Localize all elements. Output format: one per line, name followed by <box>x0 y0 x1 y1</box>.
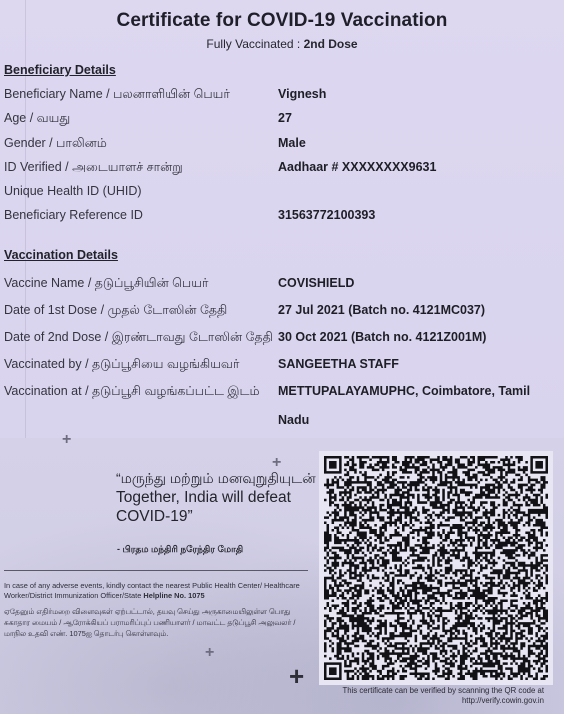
status-label: Fully Vaccinated : <box>206 37 303 51</box>
vaccination-row: Vaccinated by / தடுப்பூசியை வழங்கியவர்SA… <box>4 357 560 377</box>
id-verified-value: Aadhaar # XXXXXXXX9631 <box>278 160 436 174</box>
field-label: Gender / பாலினம் <box>4 136 107 152</box>
field-label: Date of 2nd Dose / இரண்டாவது டோஸின் தேதி <box>4 330 273 346</box>
status-value: 2nd Dose <box>304 37 358 51</box>
vaccination-status: Fully Vaccinated : 2nd Dose <box>0 37 564 51</box>
plus-icon: + <box>205 645 214 661</box>
vaccination-row: Nadu <box>4 413 560 433</box>
dose1-value: 27 Jul 2021 (Batch no. 4121MC037) <box>278 303 485 317</box>
vaccination-row: Vaccine Name / தடுப்பூசியின் பெயர்COVISH… <box>4 276 560 296</box>
vaccination-row: Date of 1st Dose / முதல் டோஸின் தேதி27 J… <box>4 303 560 323</box>
qr-code-box <box>319 451 553 685</box>
reference-id-value: 31563772100393 <box>278 208 375 222</box>
field-label: ID Verified / அடையாளச் சான்று <box>4 160 183 176</box>
field-label: Vaccinated by / தடுப்பூசியை வழங்கியவர் <box>4 357 239 373</box>
plus-icon: + <box>62 432 71 448</box>
verify-note: This certificate can be verified by scan… <box>320 686 544 706</box>
plus-icon: + <box>272 455 281 471</box>
vaccination-site-continued: Nadu <box>278 413 309 427</box>
beneficiary-row: Beneficiary Name / பலனாளியின் பெயர்Vigne… <box>4 87 560 107</box>
quote-english: Together, India will defeat COVID-19” <box>116 488 316 526</box>
vaccination-row: Vaccination at / தடுப்பூசி வழங்கப்பட்ட இ… <box>4 384 560 404</box>
qr-code-icon <box>324 456 548 680</box>
verify-url[interactable]: http://verify.cowin.gov.in <box>320 696 544 706</box>
certificate-title: Certificate for COVID-19 Vaccination <box>0 10 564 32</box>
vaccination-heading: Vaccination Details <box>4 248 118 262</box>
certificate-page: Certificate for COVID-19 Vaccination Ful… <box>0 0 564 714</box>
gender-value: Male <box>278 136 306 150</box>
vaccination-row: Date of 2nd Dose / இரண்டாவது டோஸின் தேதி… <box>4 330 560 350</box>
beneficiary-name: Vignesh <box>278 87 326 101</box>
helpline-number: Helpline No. 1075 <box>143 591 204 600</box>
beneficiary-row: Beneficiary Reference ID31563772100393 <box>4 208 560 228</box>
vaccine-name-value: COVISHIELD <box>278 276 354 290</box>
divider <box>4 570 308 571</box>
plus-icon: + <box>289 663 304 689</box>
field-label: Beneficiary Name / பலனாளியின் பெயர் <box>4 87 230 103</box>
field-label: Vaccination at / தடுப்பூசி வழங்கப்பட்ட இ… <box>4 384 260 400</box>
advisory-tamil: ஏதேனும் எதிர்மறை விளைவுகள் ஏற்பட்டால், த… <box>4 606 308 639</box>
advisory-english: In case of any adverse events, kindly co… <box>4 581 308 601</box>
quote-attribution: - பிரதம மந்திரி நரேந்திர மோதி <box>117 544 243 556</box>
age-value: 27 <box>278 111 292 125</box>
beneficiary-row: Age / வயது27 <box>4 111 560 131</box>
beneficiary-row: Gender / பாலினம்Male <box>4 136 560 156</box>
field-label: Date of 1st Dose / முதல் டோஸின் தேதி <box>4 303 227 319</box>
field-label: Vaccine Name / தடுப்பூசியின் பெயர் <box>4 276 208 292</box>
field-label: Unique Health ID (UHID) <box>4 184 142 198</box>
vaccinator-value: SANGEETHA STAFF <box>278 357 399 371</box>
quote-tamil: “மருந்து மற்றும் மனவுறுதியுடன் <box>116 471 316 486</box>
beneficiary-row: Unique Health ID (UHID) <box>4 184 560 204</box>
field-label: Age / வயது <box>4 111 70 127</box>
vaccination-site-value: METTUPALAYAMUPHC, Coimbatore, Tamil <box>278 384 530 398</box>
beneficiary-heading: Beneficiary Details <box>4 63 116 77</box>
field-label: Beneficiary Reference ID <box>4 208 143 222</box>
verify-text: This certificate can be verified by scan… <box>320 686 544 696</box>
dose2-value: 30 Oct 2021 (Batch no. 4121Z001M) <box>278 330 486 344</box>
beneficiary-row: ID Verified / அடையாளச் சான்றுAadhaar # X… <box>4 160 560 180</box>
pm-quote: “மருந்து மற்றும் மனவுறுதியுடன் Together,… <box>116 471 316 526</box>
